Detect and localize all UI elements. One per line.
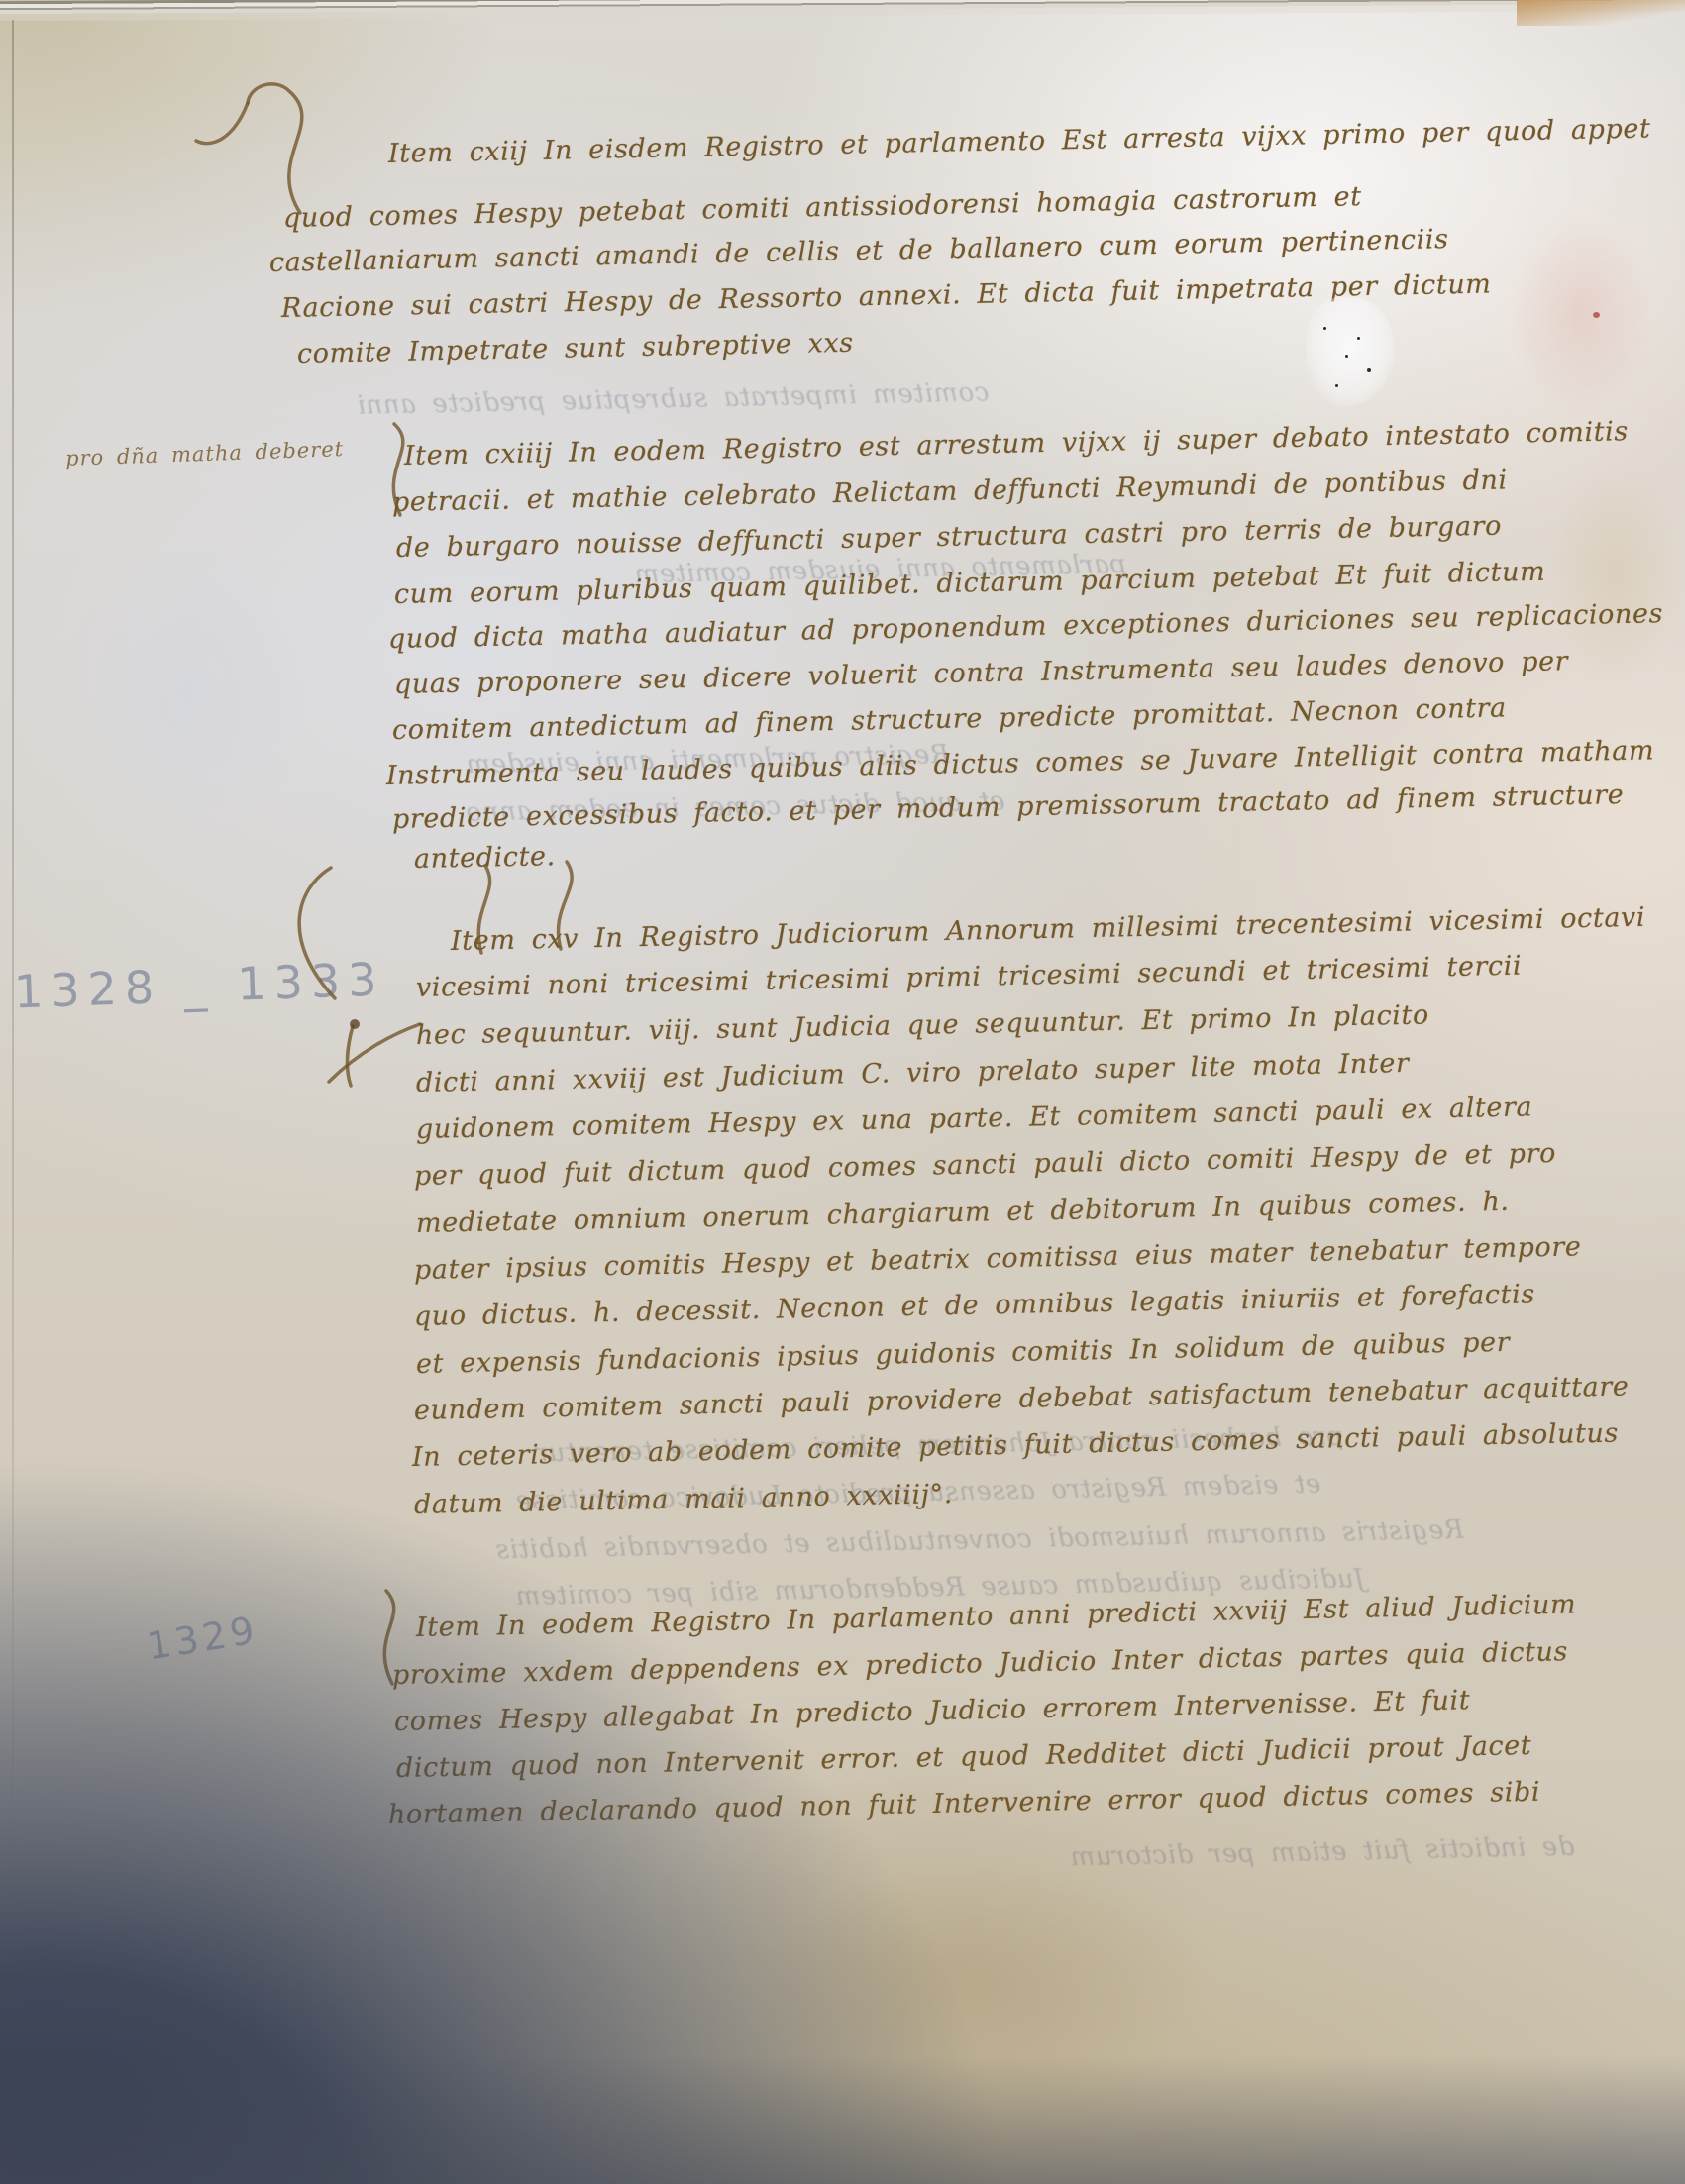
manuscript-line: hortamen declarando quod non fuit Interv… bbox=[388, 1777, 1541, 1830]
manuscript-line: comes Hespy allegabat In predicto Judici… bbox=[394, 1685, 1471, 1737]
manuscript-line: Item In eodem Registro In parlamento ann… bbox=[416, 1589, 1577, 1643]
ink-speck bbox=[1357, 337, 1360, 340]
ink-speck bbox=[1345, 355, 1348, 358]
ink-speck bbox=[1323, 327, 1326, 330]
red-spot bbox=[1593, 312, 1600, 318]
paragraph-4: Item In eodem Registro In parlamento ann… bbox=[0, 0, 1685, 2184]
ink-speck bbox=[1367, 368, 1371, 372]
parchment-page: comitem impetrata subreptiue predicte an… bbox=[0, 0, 1685, 2184]
manuscript-line: proxime xxdem deppendens ex predicto Jud… bbox=[392, 1636, 1569, 1691]
ink-speck bbox=[1335, 384, 1338, 387]
manuscript-photo: comitem impetrata subreptiue predicte an… bbox=[0, 0, 1685, 2184]
manuscript-line: dictum quod non Intervenit error. et quo… bbox=[396, 1730, 1532, 1784]
